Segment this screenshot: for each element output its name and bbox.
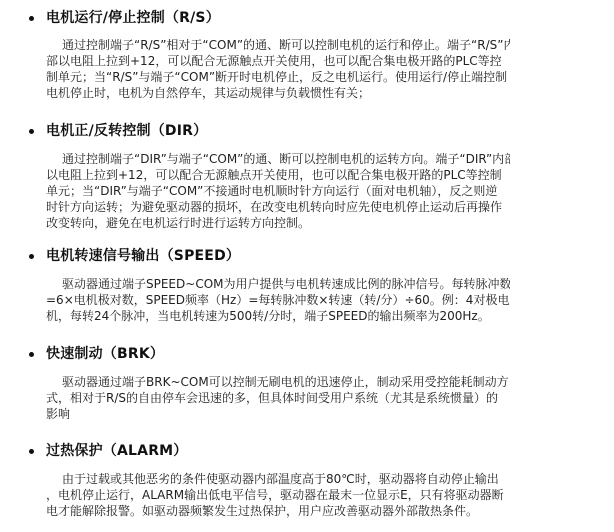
- section-heading: 电机转速信号输出（SPEED）: [46, 247, 240, 265]
- body-line: 部以电阻上拉到+12，可以配合无源触点开关使用，也可以配合集电极开路的PLC等控: [46, 53, 510, 69]
- section-heading: 电机正/反转控制（DIR）: [46, 122, 207, 140]
- body-line: =6×电机极对数，SPEED频率（Hz）=每转脉冲数×转速（转/分）÷60。例：…: [46, 292, 510, 308]
- body-line: 通过控制端子“R/S”相对于“COM”的通、断可以控制电机的运行和停止。端子“R…: [46, 37, 510, 53]
- section-body: 通过控制端子“DIR”与端子“COM”的通、断可以控制电机的运转方向。端子“DI…: [46, 151, 510, 231]
- body-line: 式，相对于R/S的自由停车会迅速的多，但具体时间受用户系统（尤其是系统惯量）的: [46, 390, 510, 406]
- bullet-icon: [29, 352, 34, 357]
- bullet-icon: [29, 449, 34, 454]
- body-line: 时针方向运转；为避免驱动器的损坏，在改变电机转向时应先使电机停止运动后再操作: [46, 199, 510, 215]
- section-body: 驱动器通过端子SPEED~COM为用户提供与电机转速成比例的脉冲信号。每转脉冲数…: [46, 276, 510, 324]
- body-line: 影响: [46, 406, 510, 422]
- body-line: 电才能解除报警。如驱动器频繁发生过热保护，用户应改善驱动器外部散热条件。: [46, 503, 510, 519]
- body-line: 制单元；当“R/S”与端子“COM”断开时电机停止，反之电机运行。使用运行/停止…: [46, 69, 510, 85]
- section-heading: 快速制动（BRK）: [46, 345, 164, 363]
- section-body: 由于过载或其他恶劣的条件使驱动器内部温度高于80℃时，驱动器将自动停止输出 ，电…: [46, 471, 510, 519]
- body-line: 通过控制端子“DIR”与端子“COM”的通、断可以控制电机的运转方向。端子“DI…: [46, 151, 510, 167]
- body-line: 机，每转24个脉冲，当电机转速为500转/分时，端子SPEED的输出频率为200…: [46, 308, 510, 324]
- body-line: 驱动器通过端子SPEED~COM为用户提供与电机转速成比例的脉冲信号。每转脉冲数: [46, 276, 510, 292]
- body-line: 驱动器通过端子BRK~COM可以控制无刷电机的迅速停止，制动采用受控能耗制动方: [46, 374, 510, 390]
- body-line: 以电阻上拉到+12，可以配合无源触点开关使用，也可以配合集电极开路的PLC等控制: [46, 167, 510, 183]
- section-heading: 过热保护（ALARM）: [46, 442, 188, 460]
- section-body: 驱动器通过端子BRK~COM可以控制无刷电机的迅速停止，制动采用受控能耗制动方 …: [46, 374, 510, 422]
- bullet-icon: [29, 129, 34, 134]
- bullet-icon: [29, 254, 34, 259]
- section-body: 通过控制端子“R/S”相对于“COM”的通、断可以控制电机的运行和停止。端子“R…: [46, 37, 510, 101]
- section-heading: 电机运行/停止控制（R/S）: [46, 9, 220, 27]
- body-line: 改变转向，避免在电机运行时进行运转方向控制。: [46, 215, 510, 231]
- body-line: 电机停止时，电机为自然停车，其运动规律与负载惯性有关；: [46, 85, 510, 101]
- body-line: ，电机停止运行，ALARM输出低电平信号，驱动器在最末一位显示E，只有将驱动器断: [46, 487, 510, 503]
- bullet-icon: [29, 16, 34, 21]
- body-line: 由于过载或其他恶劣的条件使驱动器内部温度高于80℃时，驱动器将自动停止输出: [46, 471, 510, 487]
- body-line: 单元；当“DIR”与端子“COM”不接通时电机顺时针方向运行（面对电机轴），反之…: [46, 183, 510, 199]
